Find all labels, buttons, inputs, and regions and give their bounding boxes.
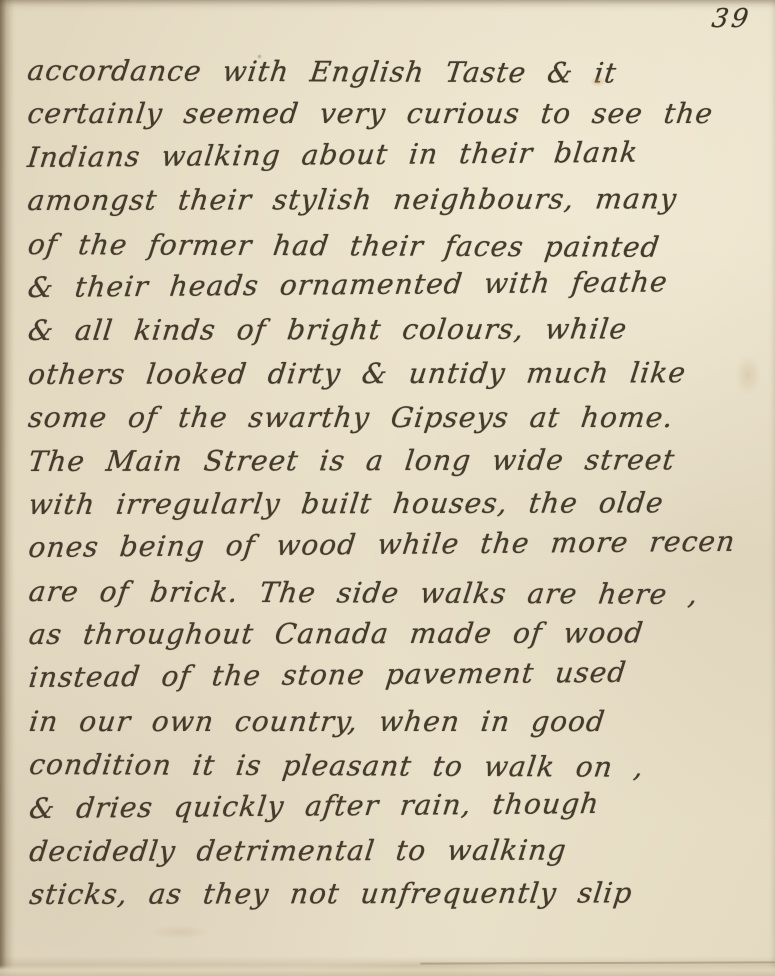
manuscript-line: & all kinds of bright colours, while <box>26 307 775 352</box>
page-binding-edge <box>0 0 14 976</box>
manuscript-line: instead of the stone pavement used <box>27 650 775 700</box>
manuscript-line: others looked dirty & untidy much like <box>26 351 775 396</box>
manuscript-line: are of brick. The side walks are here , <box>26 570 775 617</box>
manuscript-line: certainly seemed very curious to see the <box>25 92 775 135</box>
underlying-page-edge <box>420 961 775 964</box>
manuscript-line: & dries quickly after rain, though <box>27 780 775 830</box>
manuscript-line: sticks, as they not unfrequently slip <box>27 871 775 916</box>
page-number: 39 <box>710 4 753 34</box>
bottom-page-stain <box>290 960 550 976</box>
foxing-spot <box>150 925 210 939</box>
manuscript-line: accordance with English Taste & it <box>25 49 775 96</box>
manuscript-line: The Main Street is a long wide street <box>26 438 775 483</box>
manuscript-line: some of the swarthy Gipseys at home. <box>26 396 775 439</box>
manuscript-line: & their heads ornamented with feathe <box>26 259 775 309</box>
manuscript-line: decidedly detrimental to walking <box>27 828 775 873</box>
manuscript-line: in our own country, when in good <box>27 700 775 743</box>
manuscript-line: Indians walking about in their blank <box>25 129 775 179</box>
handwritten-text-block: accordance with English Taste & it certa… <box>25 47 775 917</box>
manuscript-line: ones being of wood while the more recen <box>26 520 775 570</box>
manuscript-line: amongst their stylish neighbours, many <box>25 177 775 222</box>
manuscript-page: 39 accordance with English Taste & it ce… <box>0 0 775 976</box>
page-bottom-edge <box>0 956 775 976</box>
